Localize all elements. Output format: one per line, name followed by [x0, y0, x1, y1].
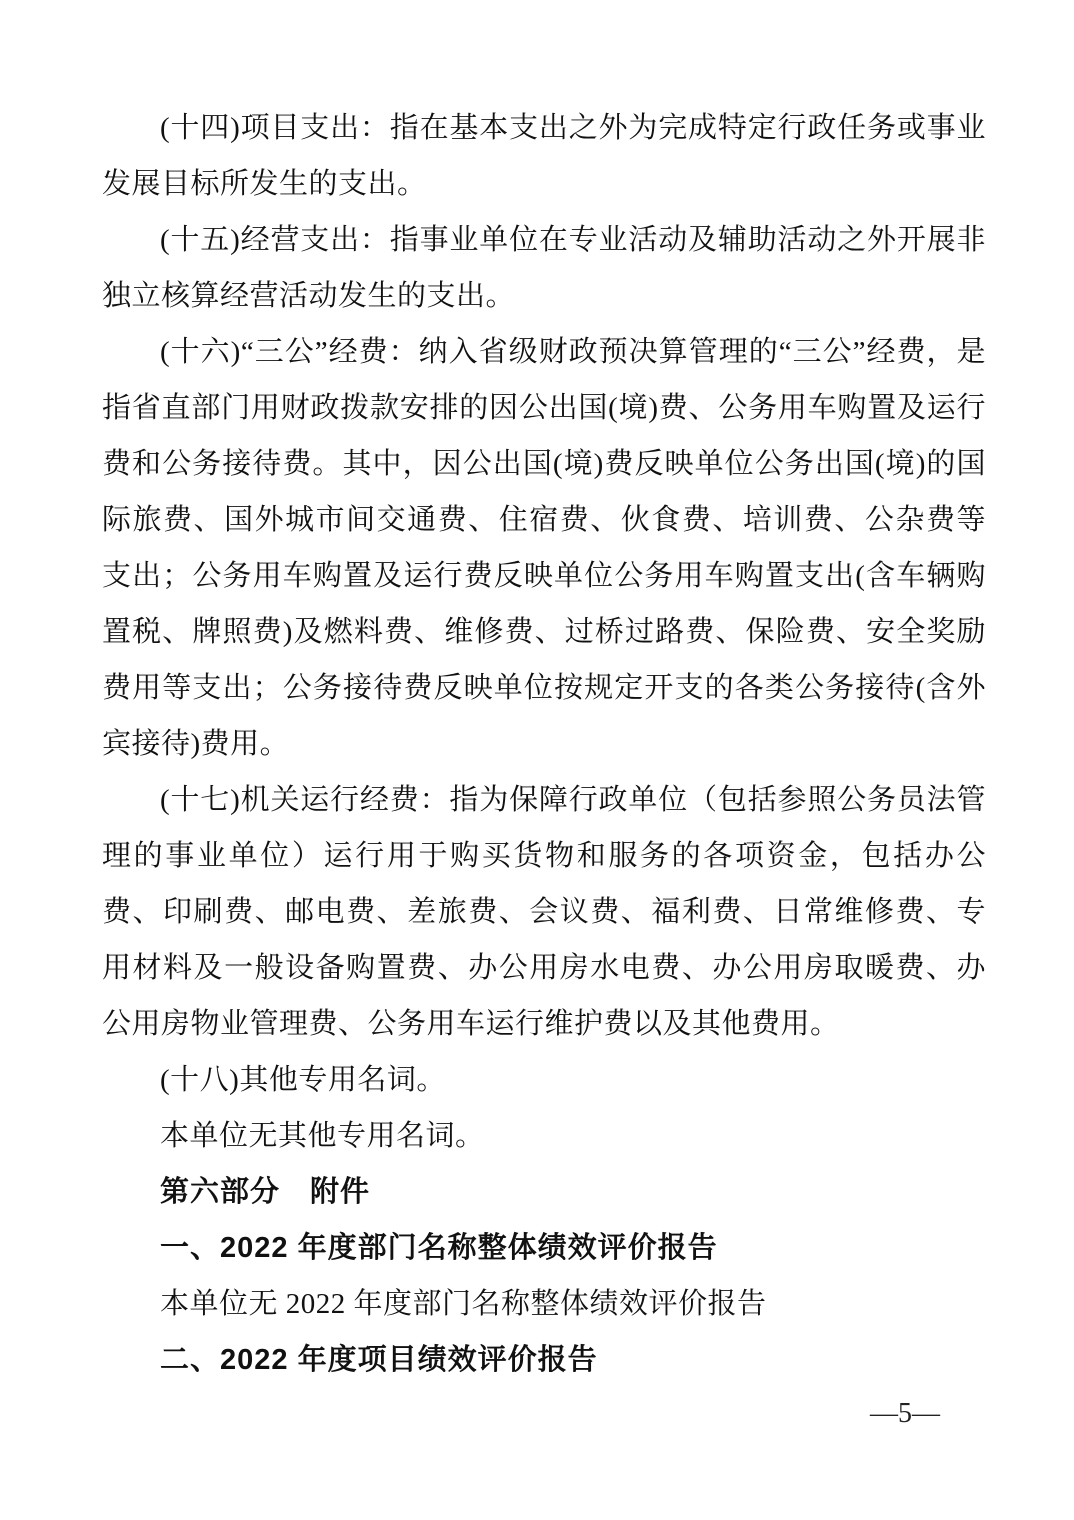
body-paragraph: (十四)项目支出：指在基本支出之外为完成特定行政任务或事业发展目标所发生的支出。	[102, 100, 986, 212]
body-paragraph: (十七)机关运行经费：指为保障行政单位（包括参照公务员法管理的事业单位）运行用于…	[102, 772, 986, 1052]
section-heading: 二、2022 年度项目绩效评价报告	[102, 1332, 986, 1388]
document-body: (十四)项目支出：指在基本支出之外为完成特定行政任务或事业发展目标所发生的支出。…	[102, 100, 986, 1388]
body-paragraph: 本单位无 2022 年度部门名称整体绩效评价报告	[102, 1276, 986, 1332]
body-paragraph: (十五)经营支出：指事业单位在专业活动及辅助活动之外开展非独立核算经营活动发生的…	[102, 212, 986, 324]
body-paragraph: (十八)其他专用名词。	[102, 1052, 986, 1108]
document-page: (十四)项目支出：指在基本支出之外为完成特定行政任务或事业发展目标所发生的支出。…	[0, 0, 1074, 1520]
section-heading: 第六部分 附件	[102, 1164, 986, 1220]
body-paragraph: (十六)“三公”经费：纳入省级财政预决算管理的“三公”经费，是指省直部门用财政拨…	[102, 324, 986, 772]
section-heading: 一、2022 年度部门名称整体绩效评价报告	[102, 1220, 986, 1276]
body-paragraph: 本单位无其他专用名词。	[102, 1108, 986, 1164]
page-number: —5—	[870, 1398, 940, 1430]
